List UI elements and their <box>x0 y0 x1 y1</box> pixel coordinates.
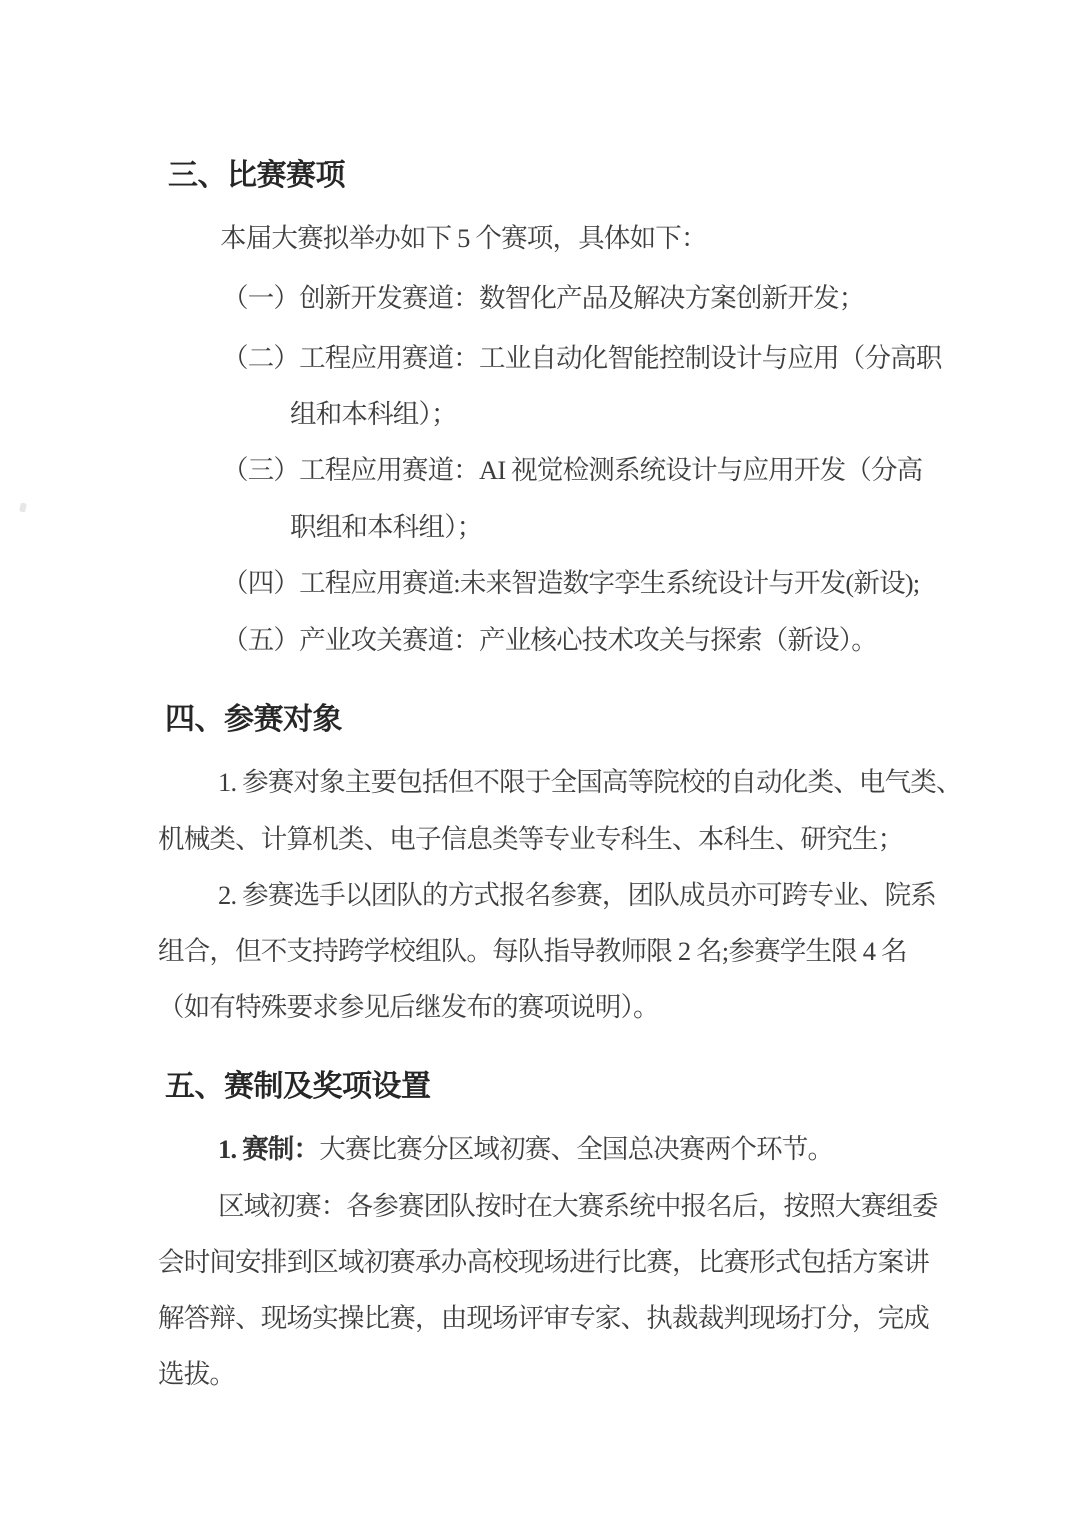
text-line-participants-p2-a: 2. 参赛选手以团队的方式报名参赛，团队成员亦可跨专业、院系 <box>218 873 936 912</box>
scan-artifact-mark <box>19 502 27 512</box>
text-line-format-p2-c: 解答辩、现场实操比赛，由现场评审专家、执裁裁判现场打分，完成 <box>158 1296 929 1335</box>
text-line-event-item3-b: 职组和本科组）； <box>290 505 482 544</box>
section-heading-events: 三、比赛赛项 <box>168 150 345 194</box>
text-line-events-intro: 本届大赛拟举办如下 5 个赛项，具体如下： <box>220 216 707 255</box>
text-line-format-p2-d: 选拔。 <box>158 1352 235 1391</box>
format-p1-bold-prefix: 1. 赛制： <box>218 1134 319 1164</box>
format-p1-rest: 大赛比赛分区域初赛、全国总决赛两个环节。 <box>319 1134 833 1164</box>
section-heading-format: 五、赛制及奖项设置 <box>165 1061 431 1105</box>
document-page: 三、比赛赛项 本届大赛拟举办如下 5 个赛项，具体如下： （一）创新开发赛道：数… <box>0 0 1080 1528</box>
text-line-event-item2-a: （二）工程应用赛道：工业自动化智能控制设计与应用（分高职 <box>222 336 942 375</box>
text-line-participants-p1-b: 机械类、计算机类、电子信息类等专业专科生、本科生、研究生； <box>158 817 903 856</box>
text-line-participants-p2-c: （如有特殊要求参见后继发布的赛项说明）。 <box>158 985 659 1024</box>
text-line-event-item2-b: 组和本科组）； <box>290 392 457 431</box>
text-line-format-p1: 1. 赛制：大赛比赛分区域初赛、全国总决赛两个环节。 <box>218 1127 833 1166</box>
text-line-event-item5: （五）产业攻关赛道：产业核心技术攻关与探索（新设）。 <box>222 618 877 657</box>
text-line-event-item1: （一）创新开发赛道：数智化产品及解决方案创新开发； <box>222 276 865 315</box>
text-line-participants-p1-a: 1. 参赛对象主要包括但不限于全国高等院校的自动化类、电气类、 <box>218 760 962 799</box>
text-line-event-item4: （四）工程应用赛道:未来智造数字孪生系统设计与开发(新设); <box>222 561 919 600</box>
text-line-format-p2-a: 区域初赛：各参赛团队按时在大赛系统中报名后，按照大赛组委 <box>218 1184 938 1223</box>
section-heading-participants: 四、参赛对象 <box>165 694 342 738</box>
text-line-format-p2-b: 会时间安排到区域初赛承办高校现场进行比赛，比赛形式包括方案讲 <box>158 1240 929 1279</box>
text-line-participants-p2-b: 组合，但不支持跨学校组队。每队指导教师限 2 名;参赛学生限 4 名 <box>158 929 907 968</box>
text-line-event-item3-a: （三）工程应用赛道：AI 视觉检测系统设计与应用开发（分高 <box>222 448 922 487</box>
